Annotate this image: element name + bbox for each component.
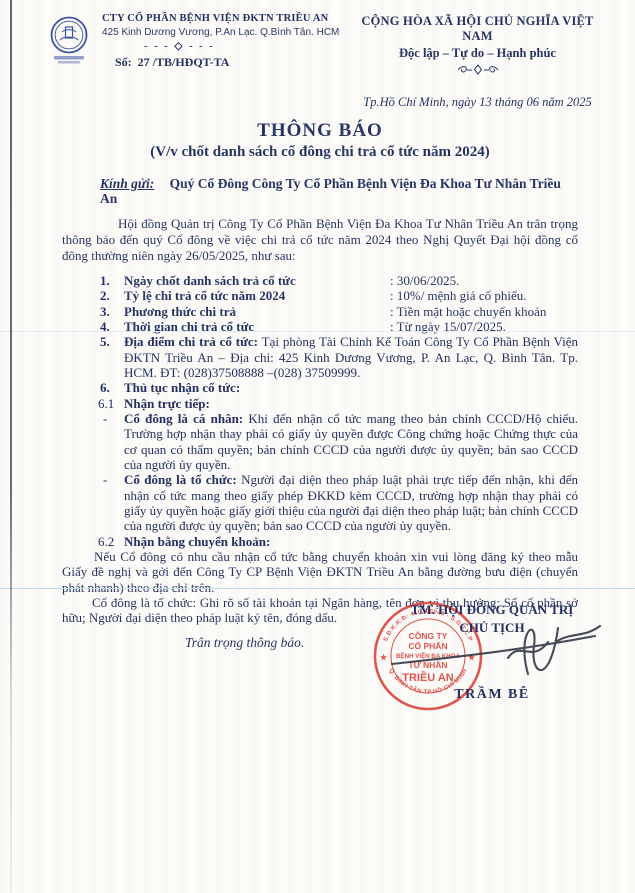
scan-artifact-line <box>0 588 635 589</box>
company-name: CTY CỔ PHẦN BỆNH VIỆN ĐKTN TRIỀU AN <box>102 12 348 25</box>
dash-bullet: - <box>103 411 107 426</box>
scroll-ornament-icon <box>348 62 607 80</box>
document-number: Số: 27 /TB/HĐQT-TA <box>115 55 348 70</box>
national-motto: Độc lập – Tự do – Hạnh phúc <box>348 46 607 61</box>
list-item-location: 5. Địa điểm chi trả cổ tức: Tại phòng Tà… <box>62 334 578 380</box>
item-label: Thủ tục nhận cổ tức: <box>124 380 240 395</box>
date-line: Tp.Hồ Chí Minh, ngày 13 tháng 06 năm 202… <box>348 95 607 110</box>
dash-bullet: - <box>103 472 107 487</box>
intro-paragraph: Hội đồng Quản trị Công Ty Cổ Phần Bệnh V… <box>62 216 578 263</box>
list-item: 1. Ngày chốt danh sách trả cổ tức : 30/0… <box>62 273 578 288</box>
section-6-2-heading: 6.2 Nhận bằng chuyển khoản: <box>62 534 578 549</box>
list-item: 3. Phương thức chi trả : Tiền mặt hoặc c… <box>62 304 578 319</box>
handwritten-signature <box>390 612 602 699</box>
country-name: CỘNG HÒA XÃ HỘI CHỦ NGHĨA VIỆT NAM <box>348 14 607 44</box>
salutation-label: Kính gửi: <box>100 176 154 191</box>
item-label: Ngày chốt danh sách trả cổ tức <box>124 273 390 288</box>
item-number: 4. <box>100 319 124 334</box>
document-number-value: 27 /TB/HĐQT-TA <box>138 55 230 69</box>
item-number: 5. <box>100 334 110 349</box>
dividend-detail-list: 1. Ngày chốt danh sách trả cổ tức : 30/0… <box>62 273 578 626</box>
document-number-label: Số: <box>115 55 132 69</box>
company-address: 425 Kinh Dương Vương, P.An Lạc. Q.Bình T… <box>102 27 348 38</box>
section-number: 6.2 <box>98 534 114 549</box>
bullet-item-individual: - Cổ đông là cá nhân: Khi đến nhận cổ tứ… <box>62 411 578 472</box>
salutation-recipient: Quý Cổ Đông Công Ty Cổ Phần Bệnh Viện Đa… <box>100 176 561 207</box>
list-item-procedure: 6. Thủ tục nhận cổ tức: <box>62 380 578 395</box>
header-separator: - - - ◇ - - - <box>144 40 348 52</box>
company-block: CTY CỔ PHẦN BỆNH VIỆN ĐKTN TRIỀU AN 425 … <box>46 12 348 110</box>
section-label: Nhận bằng chuyển khoản: <box>124 534 270 549</box>
section-label: Nhận trực tiếp: <box>124 396 210 411</box>
page-fold-edge <box>10 0 12 893</box>
item-number: 3. <box>100 304 124 319</box>
document-body: THÔNG BÁO (V/v chốt danh sách cổ đông ch… <box>0 110 635 651</box>
item-value: : 30/06/2025. <box>390 273 578 288</box>
item-label: Phương thức chi trả <box>124 304 390 319</box>
stamp-star-left: ★ <box>380 653 388 662</box>
item-label: Tỷ lệ chi trả cổ tức năm 2024 <box>124 288 390 303</box>
item-value: : 10%/ mệnh giá cổ phiếu. <box>390 288 578 303</box>
section-6-1-heading: 6.1 Nhận trực tiếp: <box>62 396 578 411</box>
document-page: CTY CỔ PHẦN BỆNH VIỆN ĐKTN TRIỀU AN 425 … <box>0 0 635 893</box>
bullet-lead: Cổ đông là cá nhân: <box>124 411 243 426</box>
section-number: 6.1 <box>98 396 114 411</box>
item-label: Địa điểm chi trả cổ tức: <box>124 334 258 349</box>
item-number: 6. <box>100 380 110 395</box>
salutation: Kính gửi: Quý Cổ Đông Công Ty Cổ Phần Bệ… <box>100 176 578 208</box>
scan-artifact-line <box>0 331 635 332</box>
document-title: THÔNG BÁO <box>62 120 578 142</box>
item-number: 2. <box>100 288 124 303</box>
signature-block: S.Đ.K.K.Đ: 410300049 - S.G.T.C.P Q. BÌNH… <box>382 602 602 737</box>
list-item: 4. Thời gian chi trả cổ tức : Từ ngày 15… <box>62 319 578 334</box>
list-item: 2. Tỷ lệ chi trả cổ tức năm 2024 : 10%/ … <box>62 288 578 303</box>
document-header: CTY CỔ PHẦN BỆNH VIỆN ĐKTN TRIỀU AN 425 … <box>0 0 635 110</box>
bullet-lead: Cổ đông là tổ chức: <box>124 472 237 487</box>
item-number: 1. <box>100 273 124 288</box>
bullet-item-organization: - Cổ đông là tổ chức: Người đại diện the… <box>62 472 578 533</box>
document-subtitle: (V/v chốt danh sách cổ đông chi trả cổ t… <box>62 144 578 162</box>
item-value: : Từ ngày 15/07/2025. <box>390 319 578 334</box>
item-label: Thời gian chi trả cổ tức <box>124 319 390 334</box>
national-header: CỘNG HÒA XÃ HỘI CHỦ NGHĨA VIỆT NAM Độc l… <box>348 12 607 110</box>
company-logo-icon <box>46 14 92 77</box>
item-value: : Tiền mặt hoặc chuyển khoản <box>390 304 578 319</box>
